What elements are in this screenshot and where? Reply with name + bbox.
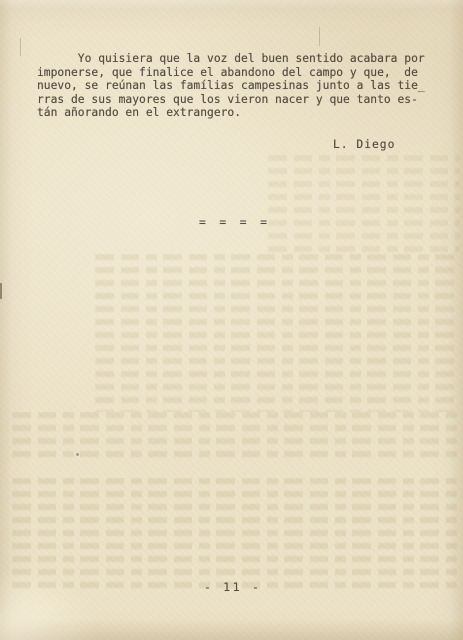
paragraph-line: Yo quisiera que la voz del buen sentido … (37, 52, 425, 66)
paragraph-line: rras de sus mayores que los vieron nacer… (37, 93, 425, 107)
paper-crease (319, 27, 320, 46)
bleed-through-texture (95, 254, 457, 412)
signature: L. Diego (333, 138, 395, 152)
page-number: - 11 - (204, 581, 262, 595)
scanned-page: Yo quisiera que la voz del buen sentido … (0, 0, 463, 640)
paper-background: Yo quisiera que la voz del buen sentido … (0, 0, 463, 640)
paragraph-line: imponerse, que finalice el abandono del … (37, 66, 425, 80)
paper-crease (20, 38, 21, 56)
bleed-through-texture (268, 155, 460, 253)
paper-speck (76, 453, 79, 456)
paragraph-line: tán añorando en el extrangero. (37, 106, 425, 120)
edge-ink-mark (0, 283, 2, 299)
body-paragraph: Yo quisiera que la voz del buen sentido … (37, 52, 425, 120)
paragraph-line: nuevo, se reúnan las famílias campesinas… (37, 79, 425, 93)
separator-marks: = = = = (199, 216, 267, 230)
bleed-through-texture (12, 478, 457, 595)
